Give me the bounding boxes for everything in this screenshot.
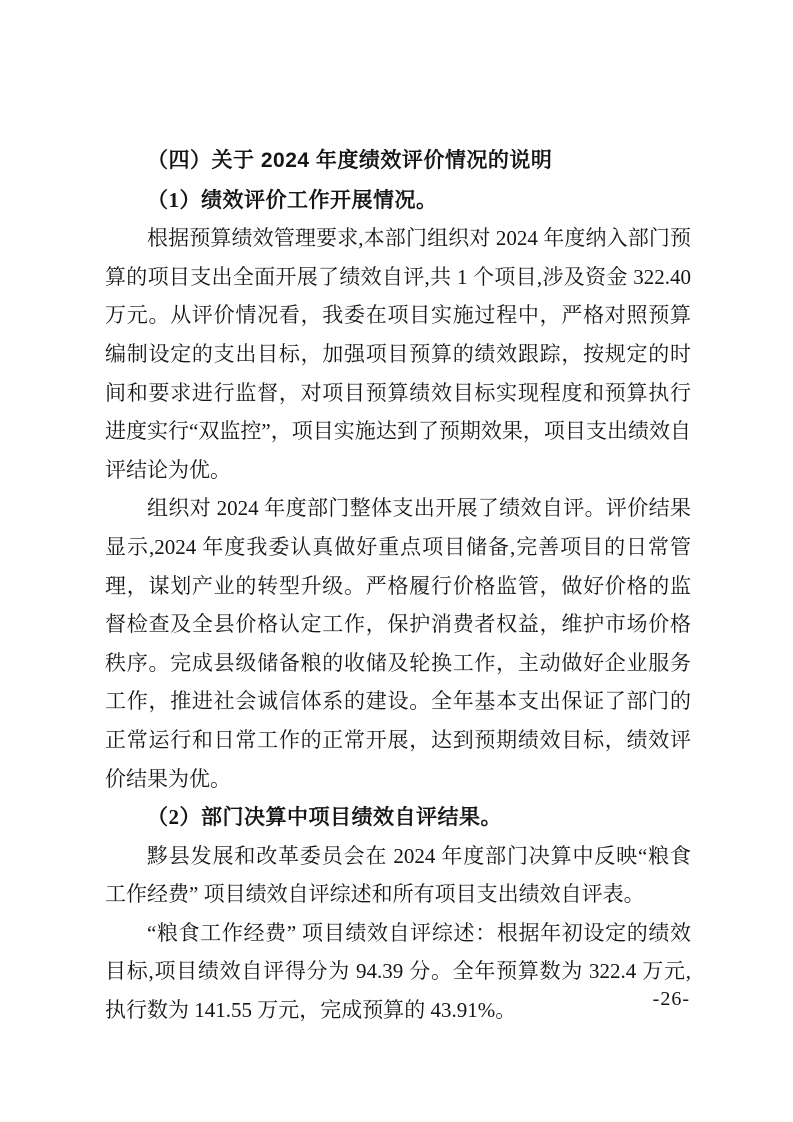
body-paragraph: 组织对 2024 年度部门整体支出开展了绩效自评。评价结果显示,2024 年度我… [105, 489, 691, 798]
section-heading-level-2: （1）绩效评价工作开展情况。 [105, 181, 691, 220]
document-content: （四）关于 2024 年度绩效评价情况的说明（1）绩效评价工作开展情况。根据预算… [105, 142, 691, 1030]
document-page: （四）关于 2024 年度绩效评价情况的说明（1）绩效评价工作开展情况。根据预算… [0, 0, 793, 1122]
section-heading-level-2: （2）部门决算中项目绩效自评结果。 [105, 798, 691, 837]
body-paragraph: “粮食工作经费” 项目绩效自评综述：根据年初设定的绩效目标,项目绩效自评得分为 … [105, 914, 691, 1030]
page-number: -26- [653, 988, 690, 1011]
section-heading-level-1: （四）关于 2024 年度绩效评价情况的说明 [105, 142, 691, 181]
body-paragraph: 黟县发展和改革委员会在 2024 年度部门决算中反映“粮食工作经费” 项目绩效自… [105, 837, 691, 914]
body-paragraph: 根据预算绩效管理要求,本部门组织对 2024 年度纳入部门预算的项目支出全面开展… [105, 219, 691, 489]
